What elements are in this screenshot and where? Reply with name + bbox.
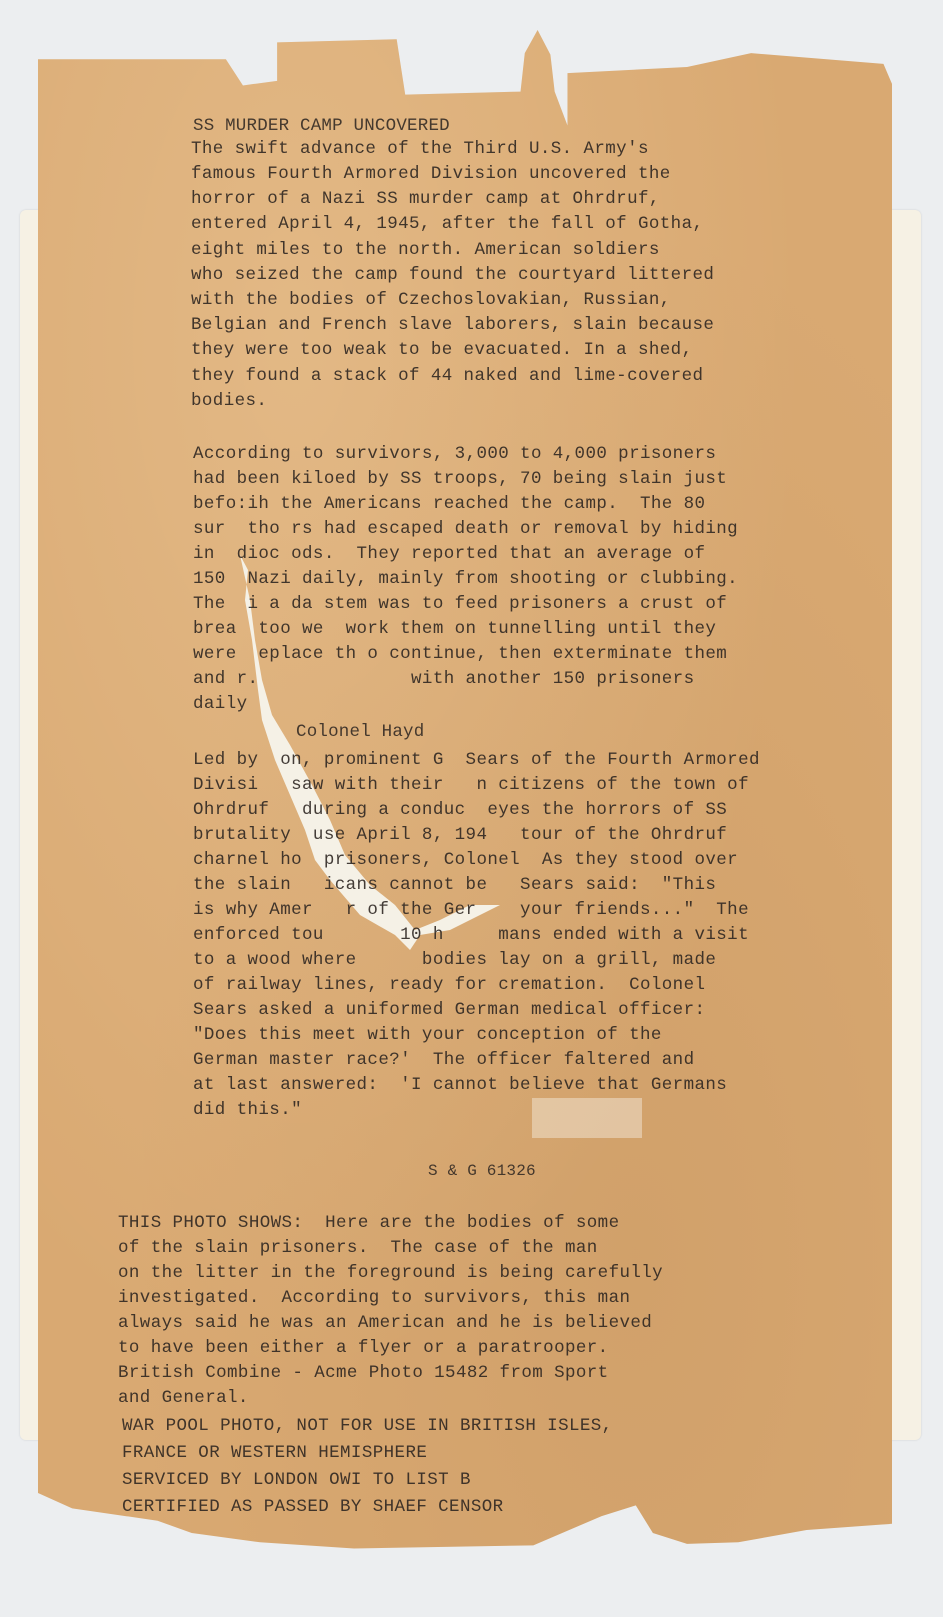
text-line: Belgian and French slave laborers, slain… <box>191 317 714 335</box>
distribution-notice: WAR POOL PHOTO, NOT FOR USE IN BRITISH I… <box>122 1418 144 1518</box>
text-line: THIS PHOTO SHOWS: Here are the bodies of… <box>118 1215 619 1233</box>
text-line: 150 Nazi daily, mainly from shooting or … <box>193 571 738 589</box>
text-line: the slain icans cannot be Sears said: "T… <box>193 877 716 895</box>
text-line: who seized the camp found the courtyard … <box>191 267 714 285</box>
text-line: sur tho rs had escaped death or removal … <box>193 521 738 539</box>
text-line: "Does this meet with your conception of … <box>193 1027 662 1045</box>
text-line: Divisi saw with their n citizens of the … <box>193 777 749 795</box>
text-line: at last answered: 'I cannot believe that… <box>193 1077 727 1095</box>
text-line: FRANCE OR WESTERN HEMISPHERE <box>122 1445 427 1463</box>
headline: SS MURDER CAMP UNCOVERED <box>193 116 450 136</box>
text-line: brutality use April 8, 194 tour of the O… <box>193 827 727 845</box>
text-line: enforced tou 10 h mans ended with a visi… <box>193 927 749 945</box>
text-line: of railway lines, ready for cremation. C… <box>193 977 705 995</box>
text-line: in dioc ods. They reported that an avera… <box>193 546 705 564</box>
text-line: and r. with another 150 prisoners <box>193 671 694 689</box>
text-line: horror of a Nazi SS murder camp at Ohrdr… <box>191 191 660 209</box>
text-line: CERTIFIED AS PASSED BY SHAEF CENSOR <box>122 1499 504 1517</box>
photo-caption: THIS PHOTO SHOWS: Here are the bodies of… <box>118 1215 140 1395</box>
text-line: charnel ho prisoners, Colonel As they st… <box>193 852 738 870</box>
text-line: to a wood where bodies lay on a grill, m… <box>193 952 716 970</box>
text-line: SERVICED BY LONDON OWI TO LIST B <box>122 1472 471 1490</box>
text-line: is why Amer r of the Ger your friends...… <box>193 902 749 920</box>
paragraph-1: The swift advance of the Third U.S. Army… <box>191 141 213 381</box>
text-line: eight miles to the north. American soldi… <box>191 242 660 260</box>
text-line: According to survivors, 3,000 to 4,000 p… <box>193 446 716 464</box>
text-line: Ohrdruf during a conduc eyes the horrors… <box>193 802 727 820</box>
text-line: The i a da stem was to feed prisoners a … <box>193 596 727 614</box>
tape-patch <box>532 1098 642 1138</box>
fragment-line: Colonel Hayd <box>296 722 424 742</box>
text-line: had been kiloed by SS troops, 70 being s… <box>193 471 727 489</box>
text-line: befo:ih the Americans reached the camp. … <box>193 496 705 514</box>
paragraph-2: According to survivors, 3,000 to 4,000 p… <box>193 446 215 686</box>
text-line: on the litter in the foreground is being… <box>118 1265 663 1283</box>
text-line: to have been either a flyer or a paratro… <box>118 1340 609 1358</box>
text-line: they found a stack of 44 naked and lime-… <box>191 368 703 386</box>
text-line: they were too weak to be evacuated. In a… <box>191 342 692 360</box>
text-line: The swift advance of the Third U.S. Army… <box>191 141 649 159</box>
text-line: did this." <box>193 1102 302 1120</box>
text-line: Led by on, prominent G Sears of the Four… <box>193 752 760 770</box>
text-line: investigated. According to survivors, th… <box>118 1290 630 1308</box>
text-line: were eplace th o continue, then extermin… <box>193 646 727 664</box>
paragraph-3: Led by on, prominent G Sears of the Four… <box>193 752 215 1072</box>
reference-code: S & G 61326 <box>428 1162 536 1180</box>
text-line: entered April 4, 1945, after the fall of… <box>191 216 703 234</box>
text-line: Sears asked a uniformed German medical o… <box>193 1002 705 1020</box>
text-line: daily <box>193 696 248 714</box>
text-line: British Combine - Acme Photo 15482 from … <box>118 1365 609 1383</box>
text-line: of the slain prisoners. The case of the … <box>118 1240 598 1258</box>
text-line: always said he was an American and he is… <box>118 1315 652 1333</box>
text-line: bodies. <box>191 393 267 411</box>
text-line: German master race?' The officer faltere… <box>193 1052 694 1070</box>
text-line: and General. <box>118 1390 249 1408</box>
text-line: brea too we work them on tunnelling unti… <box>193 621 716 639</box>
text-line: with the bodies of Czechoslovakian, Russ… <box>191 292 671 310</box>
text-line: WAR POOL PHOTO, NOT FOR USE IN BRITISH I… <box>122 1418 613 1436</box>
text-line: famous Fourth Armored Division uncovered… <box>191 166 671 184</box>
